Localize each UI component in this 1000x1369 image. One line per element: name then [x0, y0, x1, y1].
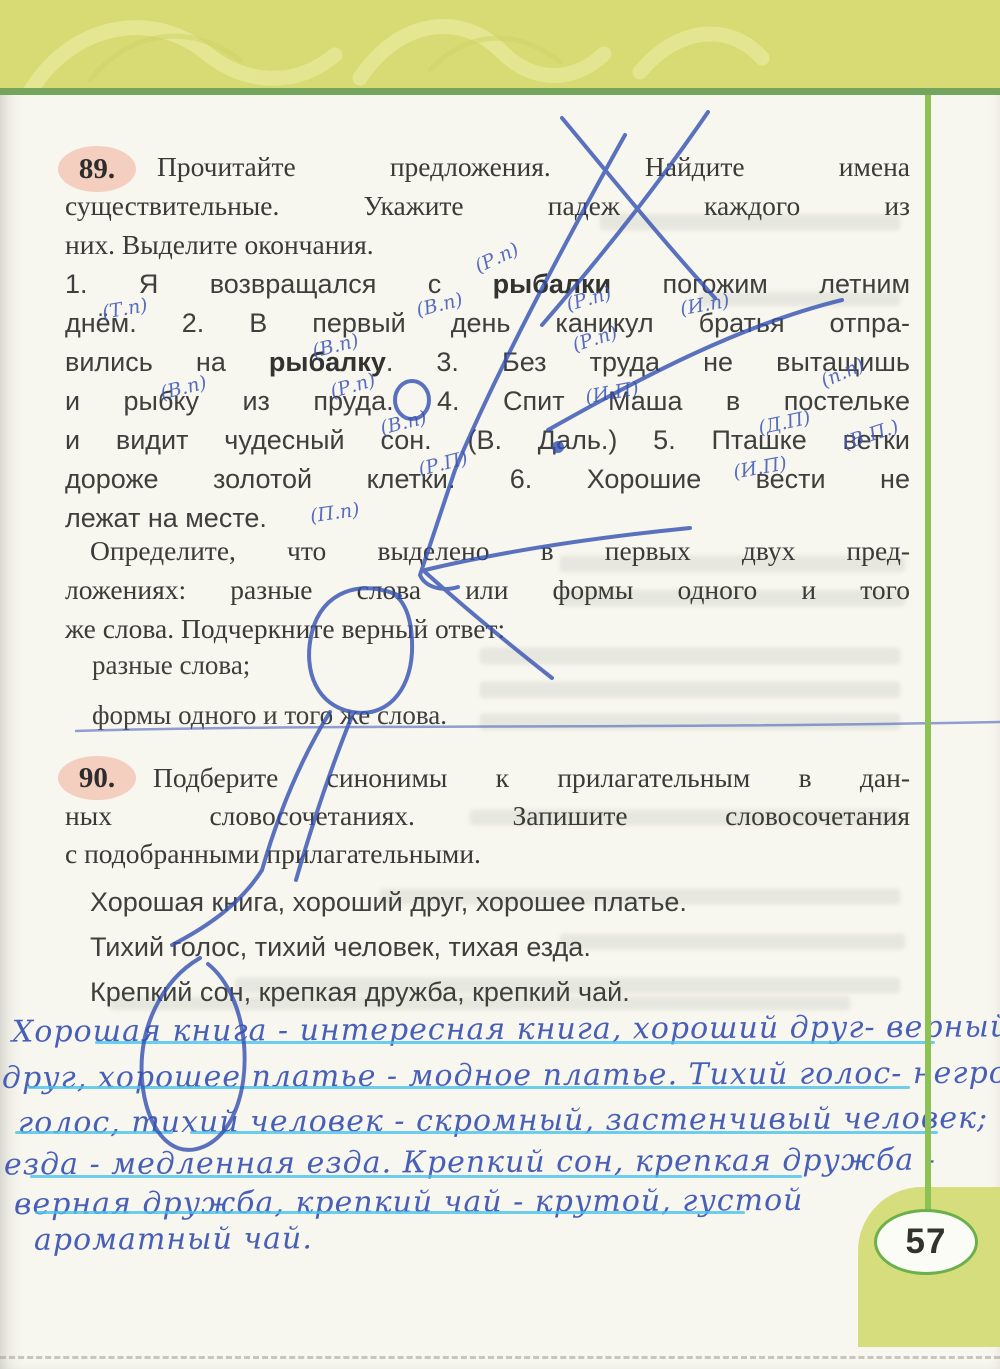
answer-underline — [15, 1131, 173, 1134]
band-divider — [0, 88, 1000, 95]
page-number-oval: 57 — [874, 1209, 978, 1275]
example-line: Крепкий сон, крепкая дружба, крепкий чай… — [90, 978, 935, 1007]
exercise-89-instruction-line: Прочитайте предложения. Найдите имена — [65, 150, 910, 189]
example-line: Тихий голос, тихий человек, тихая езда. — [90, 933, 935, 962]
sentence-text: погожим летним — [611, 269, 910, 299]
sentence-text: 1. Я возвращался с — [65, 269, 493, 299]
exercise-89-task: Определите, что выделено в первых двух п… — [65, 534, 910, 651]
workbook-page-scan: 89. Прочитайте предложения. Найдите имен… — [0, 0, 1000, 1369]
answer-underline — [35, 1211, 745, 1214]
scan-bottom-edge — [0, 1356, 1000, 1359]
sentence-line: днём. 2. В первый день каникул братья от… — [65, 307, 910, 346]
example-line: Хорошая книга, хороший друг, хорошее пла… — [90, 888, 935, 917]
exercise-89-task-line: ложениях: разные слова или формы одного … — [65, 573, 910, 612]
margin-rule-lower — [925, 95, 931, 1211]
handwritten-answer-line: голос, тихий человек - скромный, застенч… — [18, 1100, 1000, 1141]
exercise-89-sentences: 1. Я возвращался с рыбалки погожим летни… — [65, 268, 910, 541]
sentence-text: лежат на месте. — [65, 503, 267, 533]
exercise-90-examples: Хорошая книга, хороший друг, хорошее пла… — [65, 888, 935, 1023]
exercise-90-instruction-line: с подобранными прилагательными. — [65, 837, 910, 875]
page-number: 57 — [906, 1222, 947, 1262]
answer-option-2: формы одного и того же слова. — [65, 700, 937, 731]
exercise-90-instruction-line: Подберите синонимы к прилагательным в да… — [65, 761, 910, 799]
exercise-89-task-line: же слова. Подчеркните верный ответ: — [65, 612, 910, 651]
answer-underline — [95, 1041, 935, 1044]
handwritten-answer-line: верная дружба, крепкий чай - крутой, гус… — [14, 1183, 804, 1222]
band-pattern — [0, 0, 1000, 88]
exercise-89-task-line: Определите, что выделено в первых двух п… — [65, 534, 910, 573]
exercise-90-instruction: Подберите синонимы к прилагательным в да… — [65, 761, 910, 875]
exercise-89-instruction-line: существительные. Укажите падеж каждого и… — [65, 189, 910, 228]
handwritten-answer-line: друг, хорошее платье - модное платье. Ти… — [2, 1055, 1000, 1096]
answer-underline — [28, 1086, 910, 1089]
header-band — [0, 0, 1000, 88]
handwritten-answer-line: ароматный чай. — [34, 1221, 313, 1257]
sentence-text: днём. 2. В первый день каникул братья от… — [65, 308, 910, 338]
answer-option-1: разные слова; — [65, 650, 937, 681]
exercise-90-instruction-line: ных словосочетаниях. Запишите словосочет… — [65, 799, 910, 837]
answer-underline — [190, 1131, 938, 1134]
answer-underline — [30, 1175, 802, 1178]
sentence-text: вились на — [65, 347, 269, 377]
